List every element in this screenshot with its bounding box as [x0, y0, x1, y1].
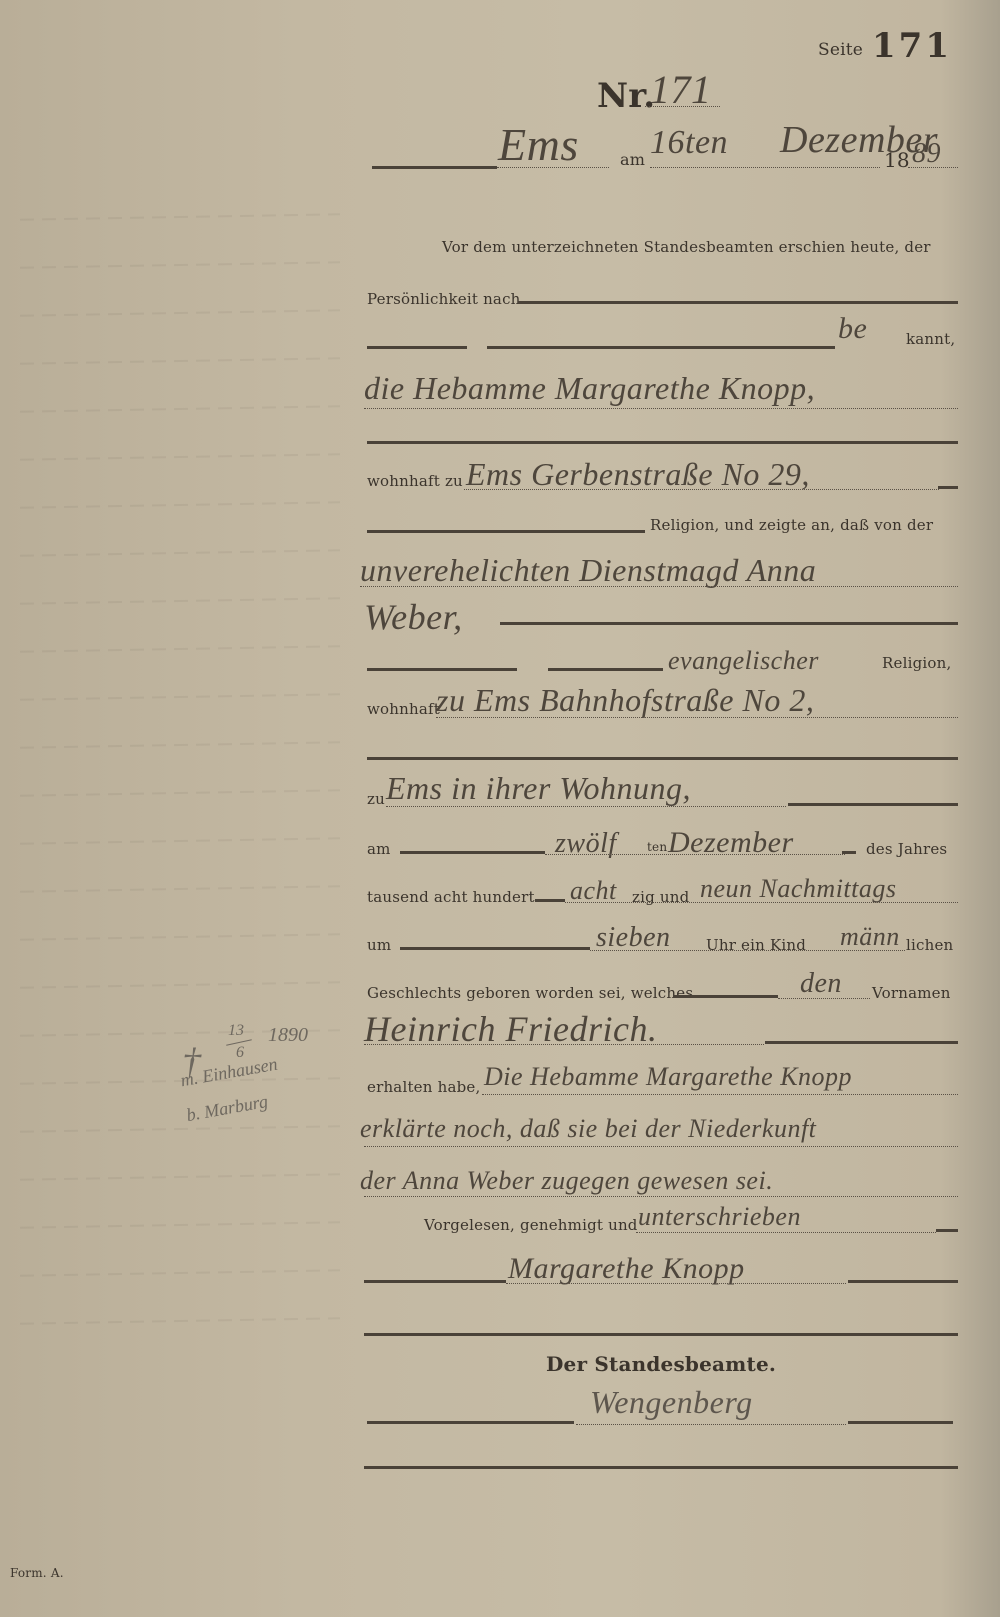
page-number: 171 [872, 26, 952, 66]
unterschrieben-hand: unterschrieben [638, 1202, 801, 1232]
uhr-label: Uhr ein Kind [706, 936, 806, 954]
informant-name: die Hebamme Margarethe Knopp, [364, 370, 815, 407]
zig-und-label: zig und [632, 888, 689, 906]
wohnhaft-label: wohnhaft zu [367, 472, 463, 490]
informant-address: Ems Gerbenstraße No 29, [466, 456, 810, 493]
birth-place: Ems in ihrer Wohnung, [386, 770, 691, 807]
um-label: um [367, 936, 391, 954]
entry-number-label: Nr. [597, 76, 655, 116]
des-jahres-label: des Jahres [866, 840, 947, 858]
statement-line-1: Die Hebamme Margarethe Knopp [484, 1062, 852, 1092]
register-page: Seite 171 Nr. 171 Ems am 16ten Dezember … [0, 0, 1000, 1617]
informant-signature: Margarethe Knopp [508, 1252, 745, 1286]
year-suffix: 89 [912, 138, 941, 170]
margin-date-day: 13 [228, 1022, 244, 1040]
tausend-label: tausend acht hundert [367, 888, 535, 906]
kannt-label: kannt, [906, 330, 955, 348]
form-label: Form. A. [10, 1566, 64, 1580]
mother-surname: Weber, [364, 596, 463, 638]
mother-religion: evangelischer [668, 646, 819, 676]
registration-place: Ems [498, 118, 579, 171]
vorgelesen-label: Vorgelesen, genehmigt und [424, 1216, 638, 1234]
official-title: Der Standesbeamte. [546, 1352, 776, 1376]
ten-suffix: ten [647, 840, 667, 854]
mother-wohnhaft-label: wohnhaft [367, 700, 440, 718]
mother-description: unverehelichten Dienstmagd Anna [360, 552, 816, 589]
den-hand: den [800, 968, 842, 1000]
birth-year-unit: neun Nachmittags [700, 874, 897, 904]
child-sex: männ [840, 922, 900, 952]
religion-line: Religion, und zeigte an, daß von der [650, 516, 933, 534]
geschlechts-label: Geschlechts geboren worden sei, welches [367, 984, 693, 1002]
zu-label: zu [367, 790, 385, 808]
birth-day: zwölf [555, 828, 617, 860]
registration-day: 16ten [650, 124, 728, 162]
page-label: Seite [818, 40, 863, 60]
statement-line-3: der Anna Weber zugegen gewesen sei. [360, 1166, 773, 1196]
bleed-through-text [20, 170, 340, 1470]
intro-line: Vor dem unterzeichneten Standesbeamten e… [442, 238, 931, 256]
lichen-label: lichen [906, 936, 953, 954]
birth-am-label: am [367, 840, 391, 858]
am-label: am [620, 150, 645, 169]
official-signature: Wengenberg [590, 1384, 753, 1421]
known-hand: be [838, 312, 867, 346]
year-prefix: 18 [884, 148, 910, 172]
statement-line-2: erklärte noch, daß sie bei der Niederkun… [360, 1114, 816, 1144]
mother-address: zu Ems Bahnhofstraße No 2, [436, 682, 814, 719]
religion-label: Religion, [882, 654, 951, 672]
erhalten-label: erhalten habe, [367, 1078, 480, 1096]
vornamen-label: Vornamen [872, 984, 951, 1002]
persoenlichkeit-label: Persönlichkeit nach [367, 290, 521, 308]
margin-year: 1890 [268, 1024, 308, 1047]
